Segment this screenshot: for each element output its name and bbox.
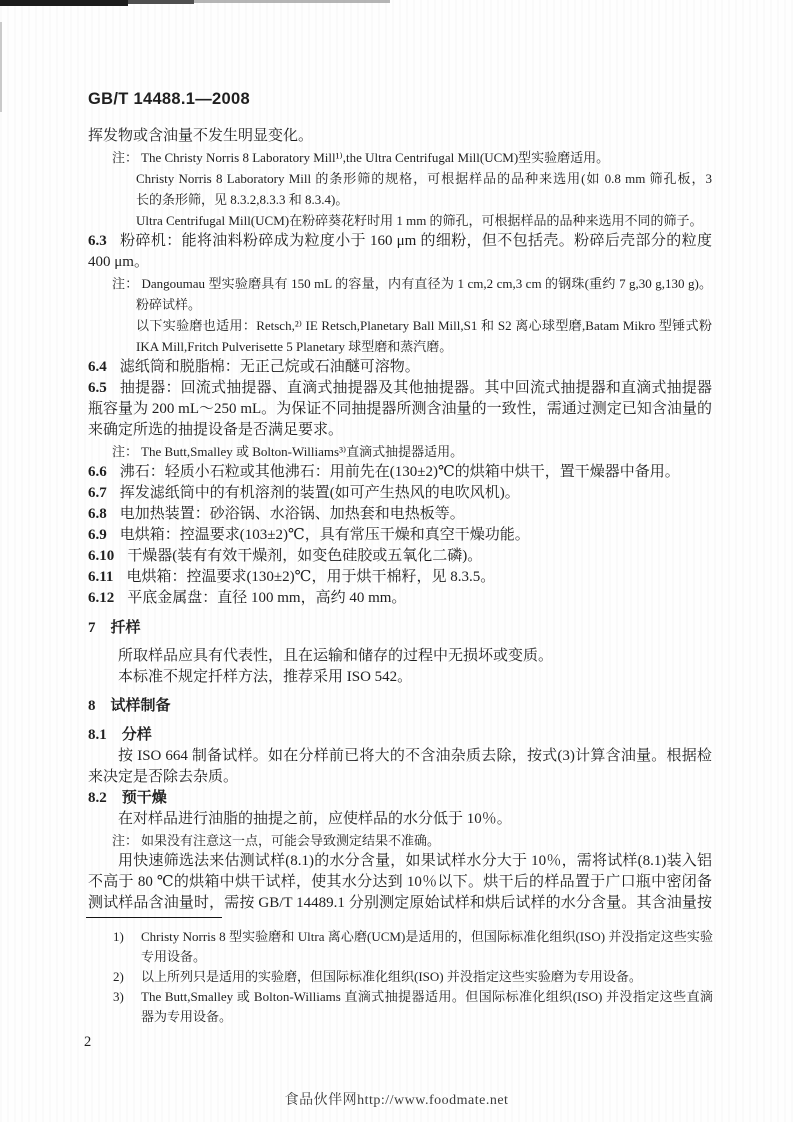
line-text: 挥发滤纸筒中的有机溶剂的装置(如可产生热风的电吹风机)。: [120, 485, 520, 501]
line-text: 按 ISO 664 制备试样。如在分样前已将大的不含油杂质去除，按式(3)计算含…: [118, 748, 712, 767]
line-text: 在对样品进行油脂的抽提之前，应使样品的水分低于 10％。: [118, 811, 512, 827]
clause-number: 6.3: [88, 233, 107, 249]
clause-6.5: 6.5抽提器：回流式抽提器、直滴式抽提器及其他抽提器。其中回流式抽提器和直滴式抽…: [88, 378, 712, 399]
heading-8.1: 8.1分样: [88, 725, 712, 746]
footnotes: 1)Christy Norris 8 型实验磨和 Ultra 离心磨(UCM)是…: [0, 927, 793, 1027]
line-text: 长的条形筛，见 8.3.2,8.3.3 和 8.3.4)。: [136, 192, 348, 207]
line-text: 用快速筛选法来估测试样(8.1)的水分含量，如果试样水分大于 10％，需将试样(…: [118, 853, 712, 872]
clause-6.4: 6.4滤纸筒和脱脂棉：无正己烷或石油醚可溶物。: [88, 357, 712, 378]
line-text: Ultra Centrifugal Mill(UCM)在粉碎葵花籽时用 1 mm…: [136, 213, 703, 228]
text-line: 不高于 80 ℃的烘箱中烘干试样，使其水分达到 10％以下。烘干后的样品置于广口…: [88, 872, 712, 893]
clause-number: 6.7: [88, 485, 107, 501]
clause-6.10: 6.10干燥器(装有有效干燥剂，如变色硅胶或五氧化二磷)。: [88, 546, 712, 567]
text-line: 按 ISO 664 制备试样。如在分样前已将大的不含油杂质去除，按式(3)计算含…: [118, 746, 712, 767]
footnote-text: 专用设备。: [141, 949, 206, 964]
clause-number: 6.6: [88, 464, 107, 480]
clause-number: 6.10: [88, 548, 114, 564]
line-text: 平底金属盘：直径 100 mm，高约 40 mm。: [127, 590, 406, 606]
scan-artifact-top-bar-3: [194, 0, 390, 3]
footnote-separator: [86, 917, 222, 918]
line-text: 分样: [122, 727, 152, 743]
scan-artifact-top-bar-2: [128, 0, 194, 4]
clause-6.7: 6.7挥发滤纸筒中的有机溶剂的装置(如可产生热风的电吹风机)。: [88, 483, 712, 504]
line-text: 如果没有注意这一点，可能会导致测定结果不准确。: [141, 833, 440, 848]
heading-8: 8试样制备: [88, 696, 712, 717]
line-text: 电加热装置：砂浴锅、水浴锅、加热套和电热板等。: [120, 506, 465, 522]
footnote-number: 3): [113, 987, 141, 1007]
text-line: 在对样品进行油脂的抽提之前，应使样品的水分低于 10％。: [118, 809, 712, 830]
line-text: 电烘箱：控温要求(130±2)℃，用于烘干棉籽，见 8.3.5。: [126, 569, 495, 585]
line-text: 粉碎试样。: [136, 297, 201, 312]
footnote-2: 2)以上所列只是适用的实验磨，但国际标准化组织(ISO) 并没指定这些实验磨为专…: [113, 967, 713, 987]
line-text: The Butt,Smalley 或 Bolton-Williams³⁾直滴式抽…: [141, 444, 463, 459]
text-line: 瓶容量为 200 mL～250 mL。为保证不同抽提器所测含油量的一致性，需通过…: [88, 399, 712, 420]
text-line: IKA Mill,Fritch Pulverisette 5 Planetary…: [136, 336, 712, 357]
line-text: 沸石：轻质小石粒或其他沸石：用前先在(130±2)℃的烘箱中烘干，置干燥器中备用…: [120, 464, 680, 480]
watermark-footer: 食品伙伴网http://www.foodmate.net: [0, 1089, 793, 1109]
text-line: 400 μm。: [88, 252, 712, 273]
clause-number: 7: [88, 620, 96, 636]
footnote-text: 以上所列只是适用的实验磨，但国际标准化组织(ISO) 并没指定这些实验磨为专用设…: [141, 969, 642, 984]
document-lines: 挥发物或含油量不发生明显变化。注：The Christy Norris 8 La…: [0, 126, 793, 914]
clause-6.8: 6.8电加热装置：砂浴锅、水浴锅、加热套和电热板等。: [88, 504, 712, 525]
text-line: 来决定是否除去杂质。: [88, 767, 712, 788]
scan-artifact-top-bar: [0, 0, 128, 6]
clause-6.9: 6.9电烘箱：控温要求(103±2)℃，具有常压干燥和真空干燥功能。: [88, 525, 712, 546]
line-text: 滤纸筒和脱脂棉：无正己烷或石油醚可溶物。: [120, 359, 420, 375]
line-text: 400 μm。: [88, 254, 149, 270]
line-text: 不高于 80 ℃的烘箱中烘干试样，使其水分达到 10％以下。烘干后的样品置于广口…: [88, 874, 712, 893]
clause-number: 6.5: [88, 380, 107, 396]
line-text: 来确定所选的抽提设备是否满足要求。: [88, 422, 343, 438]
line-text: 测试样品含油量时，需按 GB/T 14489.1 分别测定原始试样和烘后试样的水…: [88, 895, 712, 914]
heading-7: 7扦样: [88, 618, 712, 639]
document-body: 挥发物或含油量不发生明显变化。注：The Christy Norris 8 La…: [0, 126, 793, 1051]
line-text: Dangoumau 型实验磨具有 150 mL 的容量，内有直径为 1 cm,2…: [112, 276, 712, 294]
line-text: 瓶容量为 200 mL～250 mL。为保证不同抽提器所测含油量的一致性，需通过…: [88, 401, 712, 420]
scanned-document-page: GB/T 14488.1—2008 挥发物或含油量不发生明显变化。注：The C…: [0, 0, 793, 1122]
clause-6.6: 6.6沸石：轻质小石粒或其他沸石：用前先在(130±2)℃的烘箱中烘干，置干燥器…: [88, 462, 712, 483]
clause-number: 8.2: [88, 790, 107, 806]
footnote-1: 1)Christy Norris 8 型实验磨和 Ultra 离心磨(UCM)是…: [113, 927, 713, 947]
text-line: 挥发物或含油量不发生明显变化。: [88, 126, 712, 147]
footnote-3: 3)The Butt,Smalley 或 Bolton-Williams 直滴式…: [113, 987, 713, 1007]
line-text: 粉碎机：能将油料粉碎成为粒度小于 160 μm 的细粉，但不包括壳。粉碎后壳部分…: [88, 233, 712, 252]
line-text: The Christy Norris 8 Laboratory Mill¹⁾,t…: [141, 150, 609, 165]
line-text: Christy Norris 8 Laboratory Mill 的条形筛的规格…: [136, 171, 712, 189]
line-text: 抽提器：回流式抽提器、直滴式抽提器及其他抽提器。其中回流式抽提器和直滴式抽提器的…: [88, 380, 712, 399]
text-line: 用快速筛选法来估测试样(8.1)的水分含量，如果试样水分大于 10％，需将试样(…: [118, 851, 712, 872]
note-label: 注：: [112, 276, 138, 291]
note-line: 注：如果没有注意这一点，可能会导致测定结果不准确。: [112, 830, 712, 851]
line-text: 干燥器(装有有效干燥剂，如变色硅胶或五氧化二磷)。: [127, 548, 482, 564]
clause-number: 6.9: [88, 527, 107, 543]
note-line: 注：The Butt,Smalley 或 Bolton-Williams³⁾直滴…: [112, 441, 712, 462]
text-line: 本标准不规定扦样方法，推荐采用 ISO 542。: [118, 667, 712, 688]
note-label: 注：: [112, 833, 138, 848]
heading-8.2: 8.2预干燥: [88, 788, 712, 809]
footnote-text: Christy Norris 8 型实验磨和 Ultra 离心磨(UCM)是适用…: [113, 929, 713, 947]
page-number: 2: [84, 1034, 793, 1051]
note-label: 注：: [112, 444, 138, 459]
line-text: 挥发物或含油量不发生明显变化。: [88, 128, 313, 144]
text-line: 粉碎试样。: [136, 294, 712, 315]
line-text: 预干燥: [122, 790, 167, 806]
line-text: 电烘箱：控温要求(103±2)℃，具有常压干燥和真空干燥功能。: [120, 527, 530, 543]
text-line: 所取样品应具有代表性，且在运输和储存的过程中无损坏或变质。: [118, 646, 712, 667]
text-line: 测试样品含油量时，需按 GB/T 14489.1 分别测定原始试样和烘后试样的水…: [88, 893, 712, 914]
clause-number: 8.1: [88, 727, 107, 743]
line-text: 以下实验磨也适用：Retsch,²⁾ IE Retsch,Planetary B…: [136, 318, 712, 336]
document-number: GB/T 14488.1—2008: [88, 90, 250, 109]
footnote-text: The Butt,Smalley 或 Bolton-Williams 直滴式抽提…: [113, 989, 713, 1007]
clause-6.3: 6.3粉碎机：能将油料粉碎成为粒度小于 160 μm 的细粉，但不包括壳。粉碎后…: [88, 231, 712, 252]
clause-number: 8: [88, 698, 96, 714]
note-line: 注：The Christy Norris 8 Laboratory Mill¹⁾…: [112, 147, 712, 168]
text-line: 来确定所选的抽提设备是否满足要求。: [88, 420, 712, 441]
footnote-text: 器为专用设备。: [141, 1009, 232, 1024]
footnote-number: 2): [113, 967, 141, 987]
note-line: 注：Dangoumau 型实验磨具有 150 mL 的容量，内有直径为 1 cm…: [112, 273, 712, 294]
line-text: 所取样品应具有代表性，且在运输和储存的过程中无损坏或变质。: [118, 648, 553, 664]
line-text: 本标准不规定扦样方法，推荐采用 ISO 542。: [118, 669, 412, 685]
clause-number: 6.8: [88, 506, 107, 522]
note-label: 注：: [112, 150, 138, 165]
clause-6.12: 6.12平底金属盘：直径 100 mm，高约 40 mm。: [88, 588, 712, 609]
line-text: 来决定是否除去杂质。: [88, 769, 238, 785]
text-line: 以下实验磨也适用：Retsch,²⁾ IE Retsch,Planetary B…: [136, 315, 712, 336]
text-line: Christy Norris 8 Laboratory Mill 的条形筛的规格…: [136, 168, 712, 189]
text-line: 长的条形筛，见 8.3.2,8.3.3 和 8.3.4)。: [136, 189, 712, 210]
clause-6.11: 6.11电烘箱：控温要求(130±2)℃，用于烘干棉籽，见 8.3.5。: [88, 567, 712, 588]
line-text: 扦样: [111, 620, 141, 636]
clause-number: 6.11: [88, 569, 113, 585]
text-line: Ultra Centrifugal Mill(UCM)在粉碎葵花籽时用 1 mm…: [136, 210, 712, 231]
footnote-continuation: 专用设备。: [113, 947, 713, 967]
scan-artifact-left-edge: [0, 22, 2, 112]
line-text: IKA Mill,Fritch Pulverisette 5 Planetary…: [136, 339, 452, 354]
clause-number: 6.4: [88, 359, 107, 375]
footnote-number: 1): [113, 927, 141, 947]
line-text: 试样制备: [111, 698, 171, 714]
footnote-continuation: 器为专用设备。: [113, 1007, 713, 1027]
clause-number: 6.12: [88, 590, 114, 606]
